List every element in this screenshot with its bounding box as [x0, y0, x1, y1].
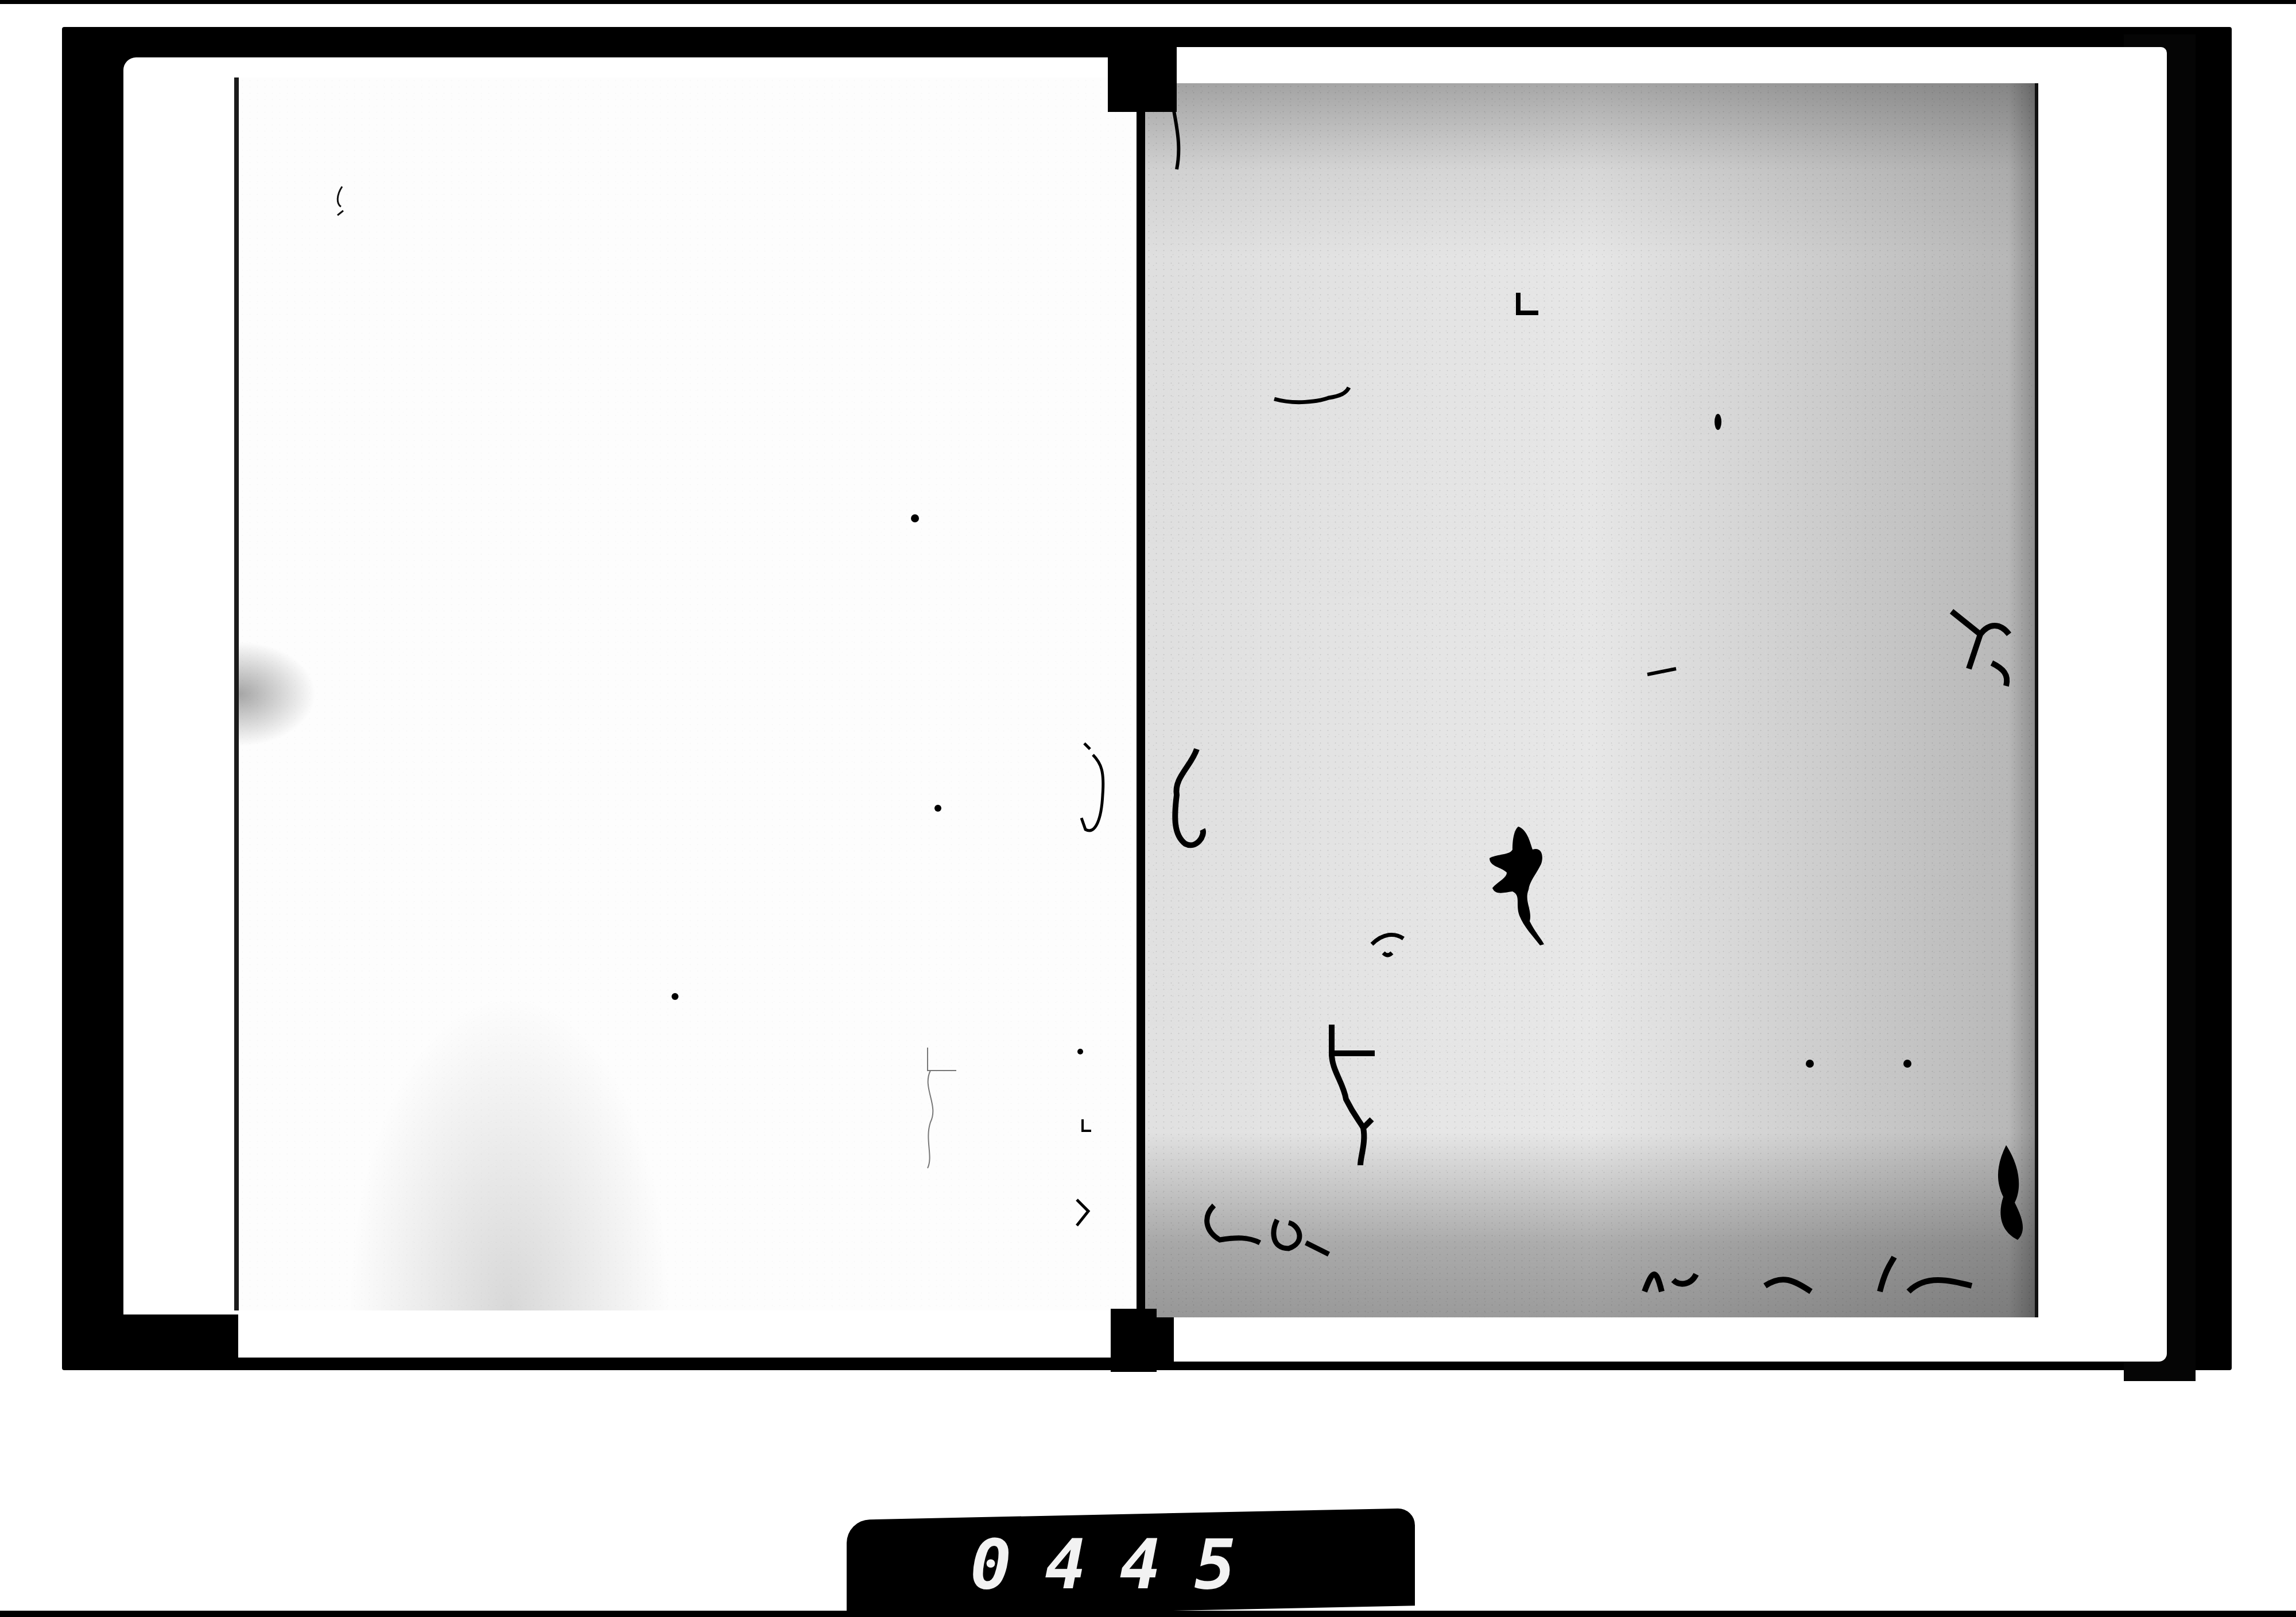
film-top-edge [0, 0, 2296, 4]
binding-bottom [1111, 1309, 1157, 1372]
mount-card-corner-shadow [123, 1314, 238, 1366]
bleed-through-mark [1191, 1197, 1340, 1262]
faint-bleed-mark [905, 1042, 968, 1182]
scan-grain [239, 77, 1141, 1310]
book-spine [1137, 86, 1145, 1320]
ink-dot [933, 804, 945, 817]
ink-dot [1903, 1059, 1914, 1073]
bleed-through-mark [1946, 600, 2026, 700]
ink-dot [910, 514, 922, 528]
ink-mark [331, 184, 354, 232]
ink-mark [1369, 921, 1409, 964]
ink-dot [1805, 1059, 1817, 1073]
scan-grain [1145, 83, 2035, 1317]
bleed-through-mark [1320, 1019, 1389, 1182]
ink-blot [1484, 824, 1564, 952]
frame-number: 0445 [970, 1528, 1314, 1603]
bleed-through-mark [1162, 743, 1214, 872]
ink-mark [1645, 663, 1685, 683]
ink-dot [670, 992, 682, 1006]
ink-mark [1071, 1197, 1094, 1234]
ink-mark [1512, 290, 1547, 327]
ink-blot [1983, 1139, 2029, 1245]
ink-dot [1077, 1048, 1085, 1058]
left-page [234, 77, 1141, 1310]
ink-mark [1080, 1116, 1097, 1136]
bleed-through-mark [1639, 1251, 1983, 1300]
film-bottom-edge [0, 1611, 2296, 1617]
bleed-through-mark [1079, 738, 1124, 866]
right-page [1145, 83, 2038, 1317]
bleed-through-mark [1271, 382, 1358, 413]
ink-dot [1713, 413, 1725, 439]
